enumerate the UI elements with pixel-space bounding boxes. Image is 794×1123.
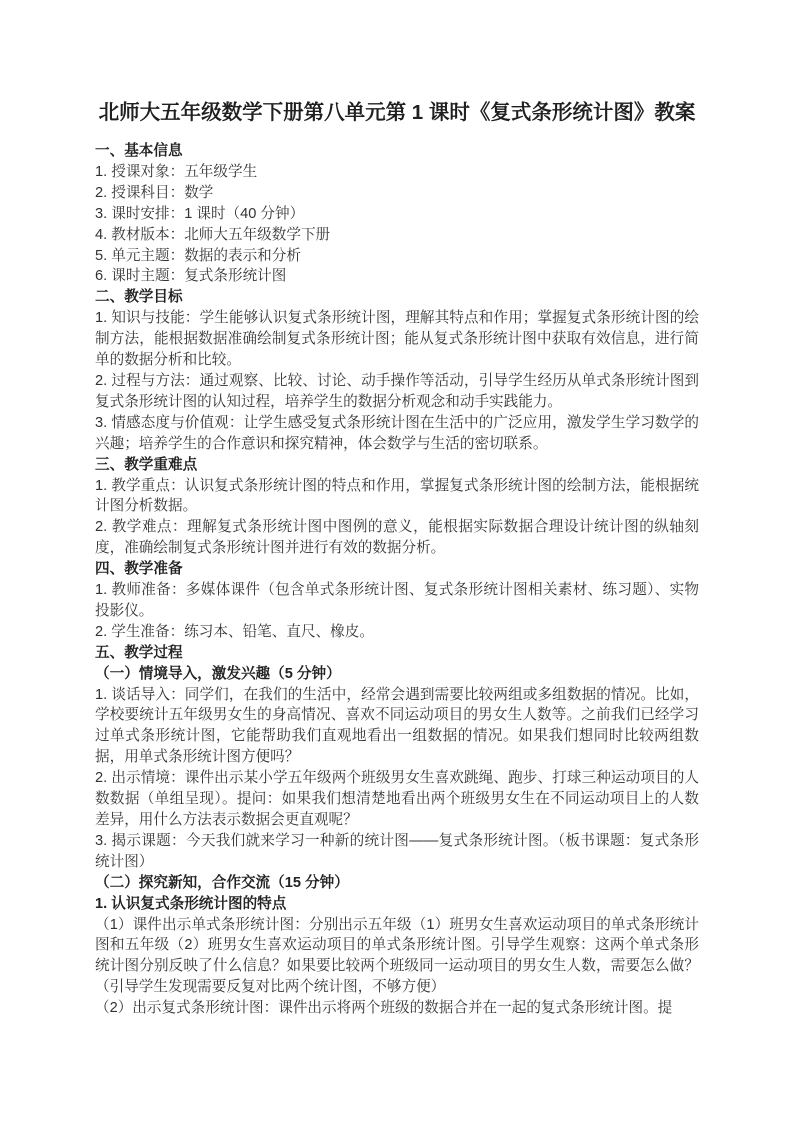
paragraph: 6. 课时主题：复式条形统计图 bbox=[95, 266, 699, 287]
section-heading: 四、教学准备 bbox=[95, 559, 699, 580]
paragraph: 2. 学生准备：练习本、铅笔、直尺、橡皮。 bbox=[95, 622, 699, 643]
paragraph: 2. 教学难点：理解复式条形统计图中图例的意义，能根据实际数据合理设计统计图的纵… bbox=[95, 517, 699, 559]
paragraph: （1）课件出示单式条形统计图：分别出示五年级（1）班男女生喜欢运动项目的单式条形… bbox=[95, 915, 699, 999]
paragraph: 1. 授课对象：五年级学生 bbox=[95, 162, 699, 183]
paragraph: 2. 过程与方法：通过观察、比较、讨论、动手操作等活动，引导学生经历从单式条形统… bbox=[95, 371, 699, 413]
section-heading: 一、基本信息 bbox=[95, 141, 699, 162]
paragraph: 3. 情感态度与价值观：让学生感受复式条形统计图在生活中的广泛应用，激发学生学习… bbox=[95, 413, 699, 455]
paragraph: 1. 谈话导入：同学们，在我们的生活中，经常会遇到需要比较两组或多组数据的情况。… bbox=[95, 685, 699, 769]
document-page: 北师大五年级数学下册第八单元第 1 课时《复式条形统计图》教案 一、基本信息1.… bbox=[0, 0, 794, 1123]
paragraph: 1. 知识与技能：学生能够认识复式条形统计图，理解其特点和作用；掌握复式条形统计… bbox=[95, 308, 699, 371]
paragraph: 3. 揭示课题：今天我们就来学习一种新的统计图——复式条形统计图。（板书课题：复… bbox=[95, 831, 699, 873]
section-heading: （一）情境导入，激发兴趣（5 分钟） bbox=[95, 664, 699, 685]
section-heading: 1. 认识复式条形统计图的特点 bbox=[95, 894, 699, 915]
section-heading: 三、教学重难点 bbox=[95, 455, 699, 476]
section-heading: （二）探究新知，合作交流（15 分钟） bbox=[95, 873, 699, 894]
paragraph: 3. 课时安排：1 课时（40 分钟） bbox=[95, 204, 699, 225]
paragraph: （2）出示复式条形统计图：课件出示将两个班级的数据合并在一起的复式条形统计图。提 bbox=[95, 998, 699, 1019]
paragraph: 4. 教材版本：北师大五年级数学下册 bbox=[95, 225, 699, 246]
section-heading: 五、教学过程 bbox=[95, 643, 699, 664]
section-heading: 二、教学目标 bbox=[95, 287, 699, 308]
paragraph: 2. 授课科目：数学 bbox=[95, 183, 699, 204]
paragraph: 2. 出示情境：课件出示某小学五年级两个班级男女生喜欢跳绳、跑步、打球三种运动项… bbox=[95, 768, 699, 831]
document-title: 北师大五年级数学下册第八单元第 1 课时《复式条形统计图》教案 bbox=[95, 99, 699, 126]
paragraph: 5. 单元主题：数据的表示和分析 bbox=[95, 246, 699, 267]
paragraph: 1. 教学重点：认识复式条形统计图的特点和作用，掌握复式条形统计图的绘制方法，能… bbox=[95, 476, 699, 518]
document-body: 一、基本信息1. 授课对象：五年级学生2. 授课科目：数学3. 课时安排：1 课… bbox=[95, 141, 699, 1019]
paragraph: 1. 教师准备：多媒体课件（包含单式条形统计图、复式条形统计图相关素材、练习题）… bbox=[95, 580, 699, 622]
